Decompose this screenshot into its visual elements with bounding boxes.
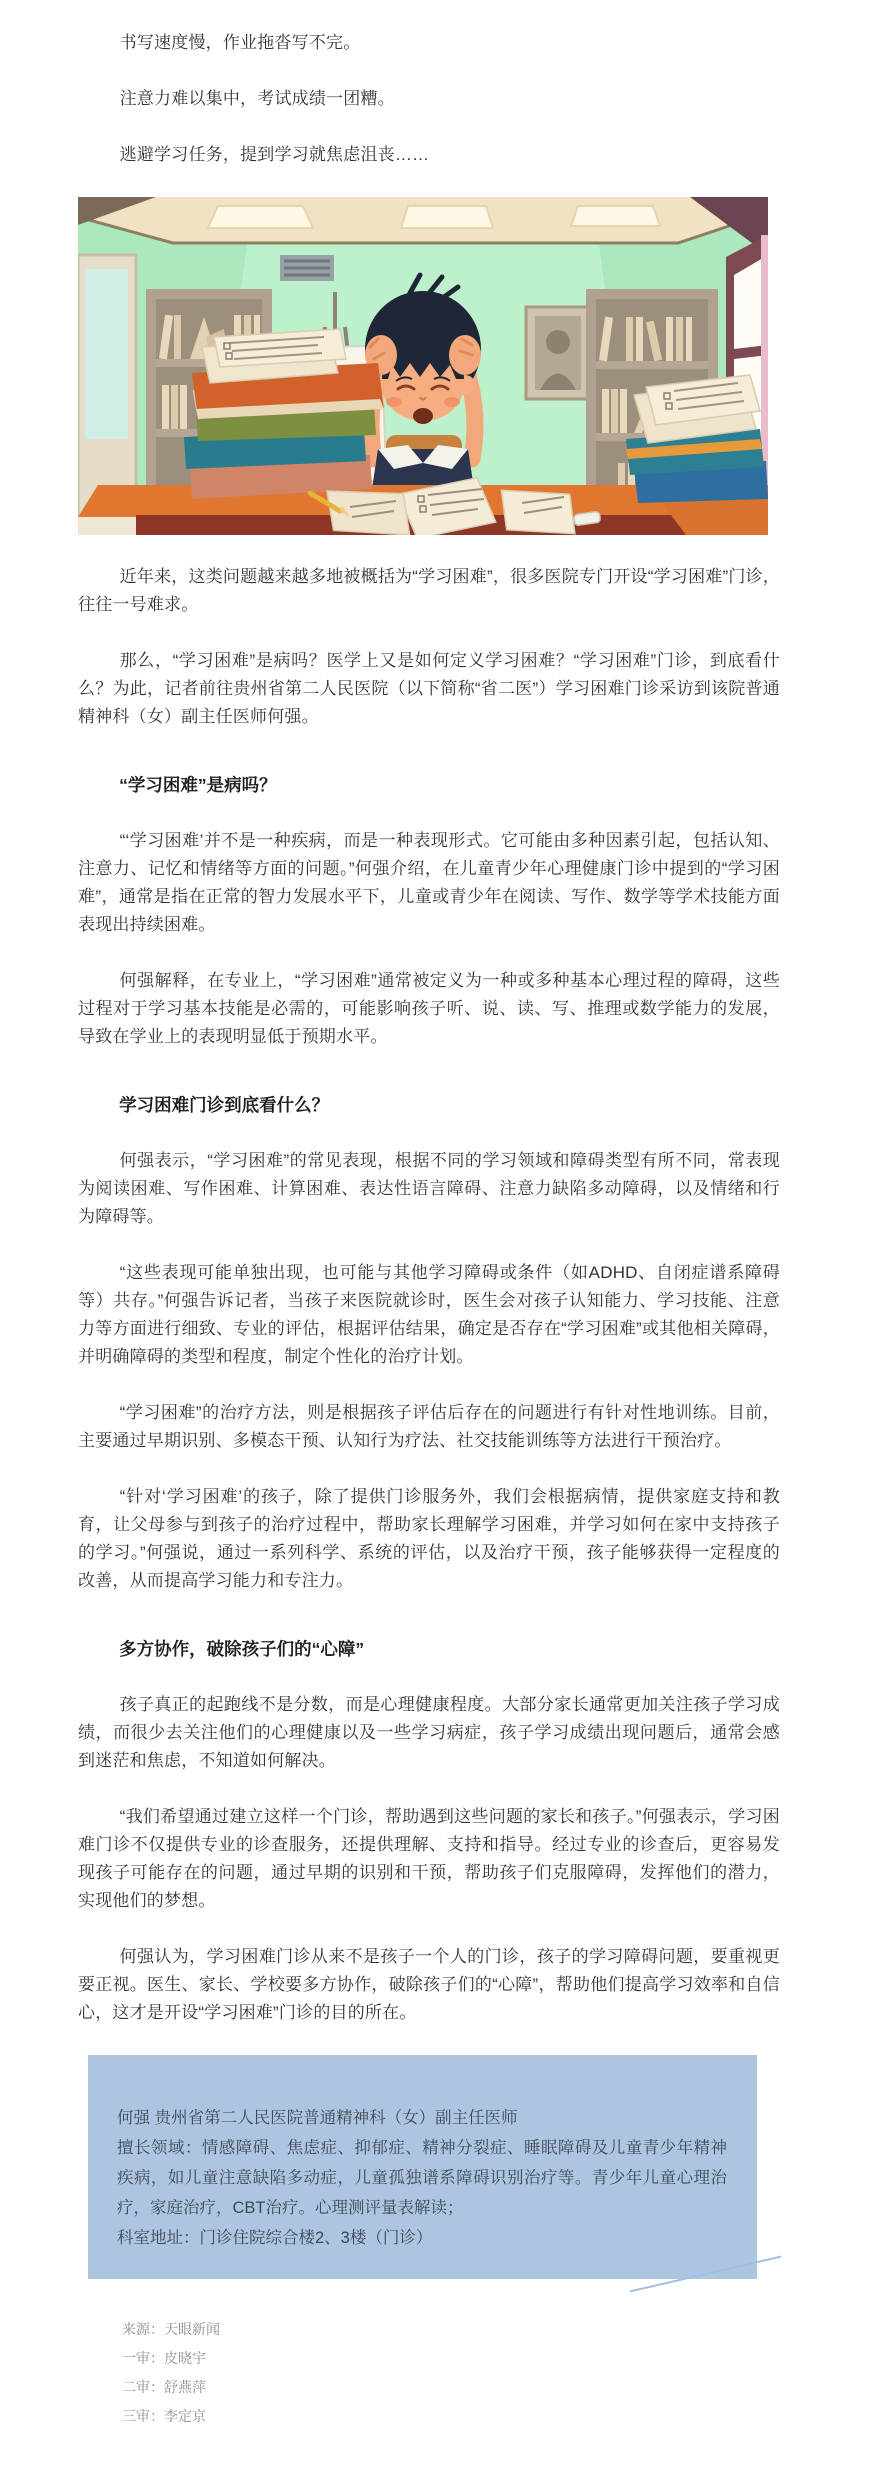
stressed-student-illustration [78,197,768,535]
stressed-boy [365,275,481,502]
first-review-line: 一审：皮晓宇 [122,2344,780,2373]
section-heading: 学习困难门诊到底看什么？ [78,1091,780,1119]
door-glass [85,269,128,439]
ceiling-light [208,206,313,228]
section-heading: “学习困难”是病吗？ [78,771,780,799]
floor-left [78,517,136,535]
picture-frame [526,307,590,399]
intro-paragraph: 注意力难以集中，考试成绩一团糟。 [78,85,780,113]
classroom-cartoon-svg [78,197,768,535]
doctor-specialties: 擅长领域：情感障碍、焦虑症、抑郁症、精神分裂症、睡眠障碍及儿童青少年精神疾病，如… [117,2133,727,2223]
source-line: 来源：天眼新闻 [122,2315,780,2344]
second-review-line: 二审：舒燕萍 [122,2373,780,2402]
article-credits: 来源：天眼新闻 一审：皮晓宇 二审：舒燕萍 三审：李定京 [78,2315,780,2451]
ceiling-light [401,206,493,228]
paragraph: 何强解释，在专业上，“学习困难”通常被定义为一种或多种基本心理过程的障碍，这些过… [78,967,780,1051]
section-heading: 多方协作，破除孩子们的“心障” [78,1635,780,1663]
paragraph: 何强表示，“学习困难”的常见表现，根据不同的学习领域和障碍类型有所不同，常表现为… [78,1147,780,1231]
paragraph: 孩子真正的起跑线不是分数，而是心理健康程度。大部分家长通常更加关注孩子学习成绩，… [78,1691,780,1775]
paragraph: 那么，“学习困难”是病吗？医学上又是如何定义学习困难？“学习困难”门诊，到底看什… [78,647,780,731]
doctor-name-title: 何强 贵州省第二人民医院普通精神科（女）副主任医师 [117,2103,727,2133]
right-book-stack [626,375,768,503]
doctor-info-card: 何强 贵州省第二人民医院普通精神科（女）副主任医师 擅长领域：情感障碍、焦虑症、… [88,2055,757,2279]
ceiling-light [571,206,660,226]
department-address: 科室地址：门诊住院综合楼2、3楼（门诊） [117,2223,727,2253]
article-body: 书写速度慢，作业拖沓写不完。 注意力难以集中，考试成绩一团糟。 逃避学习任务，提… [78,0,780,2451]
doctor-info-card-wrap: 何强 贵州省第二人民医院普通精神科（女）副主任医师 擅长领域：情感障碍、焦虑症、… [88,2055,757,2279]
intro-paragraph: 逃避学习任务，提到学习就焦虑沮丧…… [78,141,780,169]
paragraph: 近年来，这类问题越来越多地被概括为“学习困难”，很多医院专门开设“学习困难”门诊… [78,563,780,619]
third-review-line: 三审：李定京 [122,2402,780,2431]
paragraph: “学习困难”的治疗方法，则是根据孩子评估后存在的问题进行有针对性地训练。目前，主… [78,1399,780,1455]
paragraph: “这些表现可能单独出现，也可能与其他学习障碍或条件（如ADHD、自闭症谱系障碍等… [78,1259,780,1371]
paragraph: 何强认为，学习困难门诊从来不是孩子一个人的门诊，孩子的学习障碍问题，要重视更要正… [78,1943,780,2027]
paragraph: “‘学习困难’并不是一种疾病，而是一种表现形式。它可能由多种因素引起，包括认知、… [78,827,780,939]
intro-paragraph: 书写速度慢，作业拖沓写不完。 [78,29,780,57]
paragraph: “我们希望通过建立这样一个门诊，帮助遇到这些问题的家长和孩子。”何强表示，学习困… [78,1803,780,1915]
paragraph: “针对‘学习困难’的孩子，除了提供门诊服务外，我们会根据病情，提供家庭支持和教育… [78,1483,780,1595]
